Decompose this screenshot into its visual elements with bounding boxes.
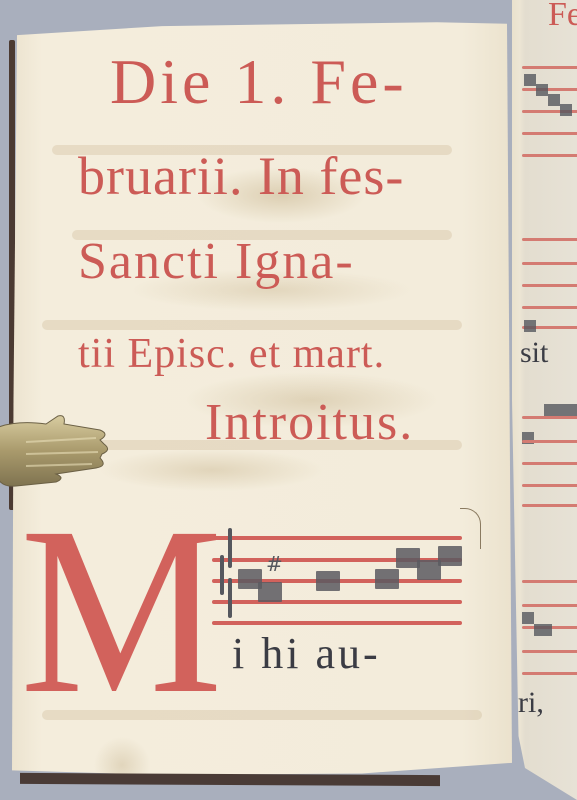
rubric-line-1: Die 1. Fe- — [110, 45, 408, 119]
neume-note — [522, 612, 534, 624]
neume-note — [524, 320, 536, 332]
neume-note — [544, 404, 577, 416]
neume-note — [548, 94, 560, 106]
neume-note — [258, 582, 282, 602]
rubric-line-introitus: Introitus. — [205, 393, 414, 452]
staff-line — [522, 88, 577, 91]
staff-line — [522, 284, 577, 287]
staff-line — [522, 672, 577, 675]
staff-line — [522, 650, 577, 653]
staff-line — [522, 416, 577, 419]
staff-line — [522, 132, 577, 135]
c-clef-icon — [228, 578, 232, 618]
staff-line — [522, 154, 577, 157]
rubric-line-4: tii Episc. et mart. — [78, 330, 385, 378]
facing-lyric: sit — [520, 336, 548, 370]
facing-rubric: Fe — [548, 0, 577, 34]
staff-line — [522, 238, 577, 241]
cover-edge-bottom — [20, 773, 440, 786]
manuscript-scene: Die 1. Fe- bruarii. In fes- Sancti Igna-… — [0, 0, 577, 800]
neume-note — [560, 104, 572, 116]
illuminated-initial: M — [20, 490, 223, 730]
neume-note — [375, 569, 399, 589]
c-clef-icon — [220, 555, 224, 595]
staff-line — [522, 604, 577, 607]
neume-note — [534, 624, 552, 636]
staff-line — [522, 440, 577, 443]
rubric-line-3: Sancti Igna- — [78, 232, 355, 291]
staff-line — [212, 621, 462, 625]
neume-note — [536, 84, 548, 96]
neume-note — [438, 546, 462, 566]
stain-streak — [42, 320, 462, 330]
c-clef-icon — [228, 528, 232, 568]
neume-note — [316, 571, 340, 591]
neume-note — [524, 74, 536, 86]
facing-lyric: ri, — [518, 686, 544, 720]
sharp-icon: # — [266, 552, 283, 576]
brass-hand-clasp-icon — [0, 408, 116, 490]
chant-lyric: i hi au- — [232, 628, 381, 679]
staff-line — [522, 484, 577, 487]
custos-bracket-icon — [460, 508, 481, 549]
staff-line — [522, 306, 577, 309]
staff-line — [212, 600, 462, 604]
staff-line — [522, 262, 577, 265]
music-staff: # — [212, 530, 464, 630]
staff-line — [522, 504, 577, 507]
staff-line — [522, 580, 577, 583]
staff-line — [212, 536, 462, 540]
staff-line — [522, 462, 577, 465]
facing-page: Fe sit ri, — [512, 0, 577, 800]
staff-line — [522, 66, 577, 69]
rubric-line-2: bruarii. In fes- — [78, 145, 404, 207]
